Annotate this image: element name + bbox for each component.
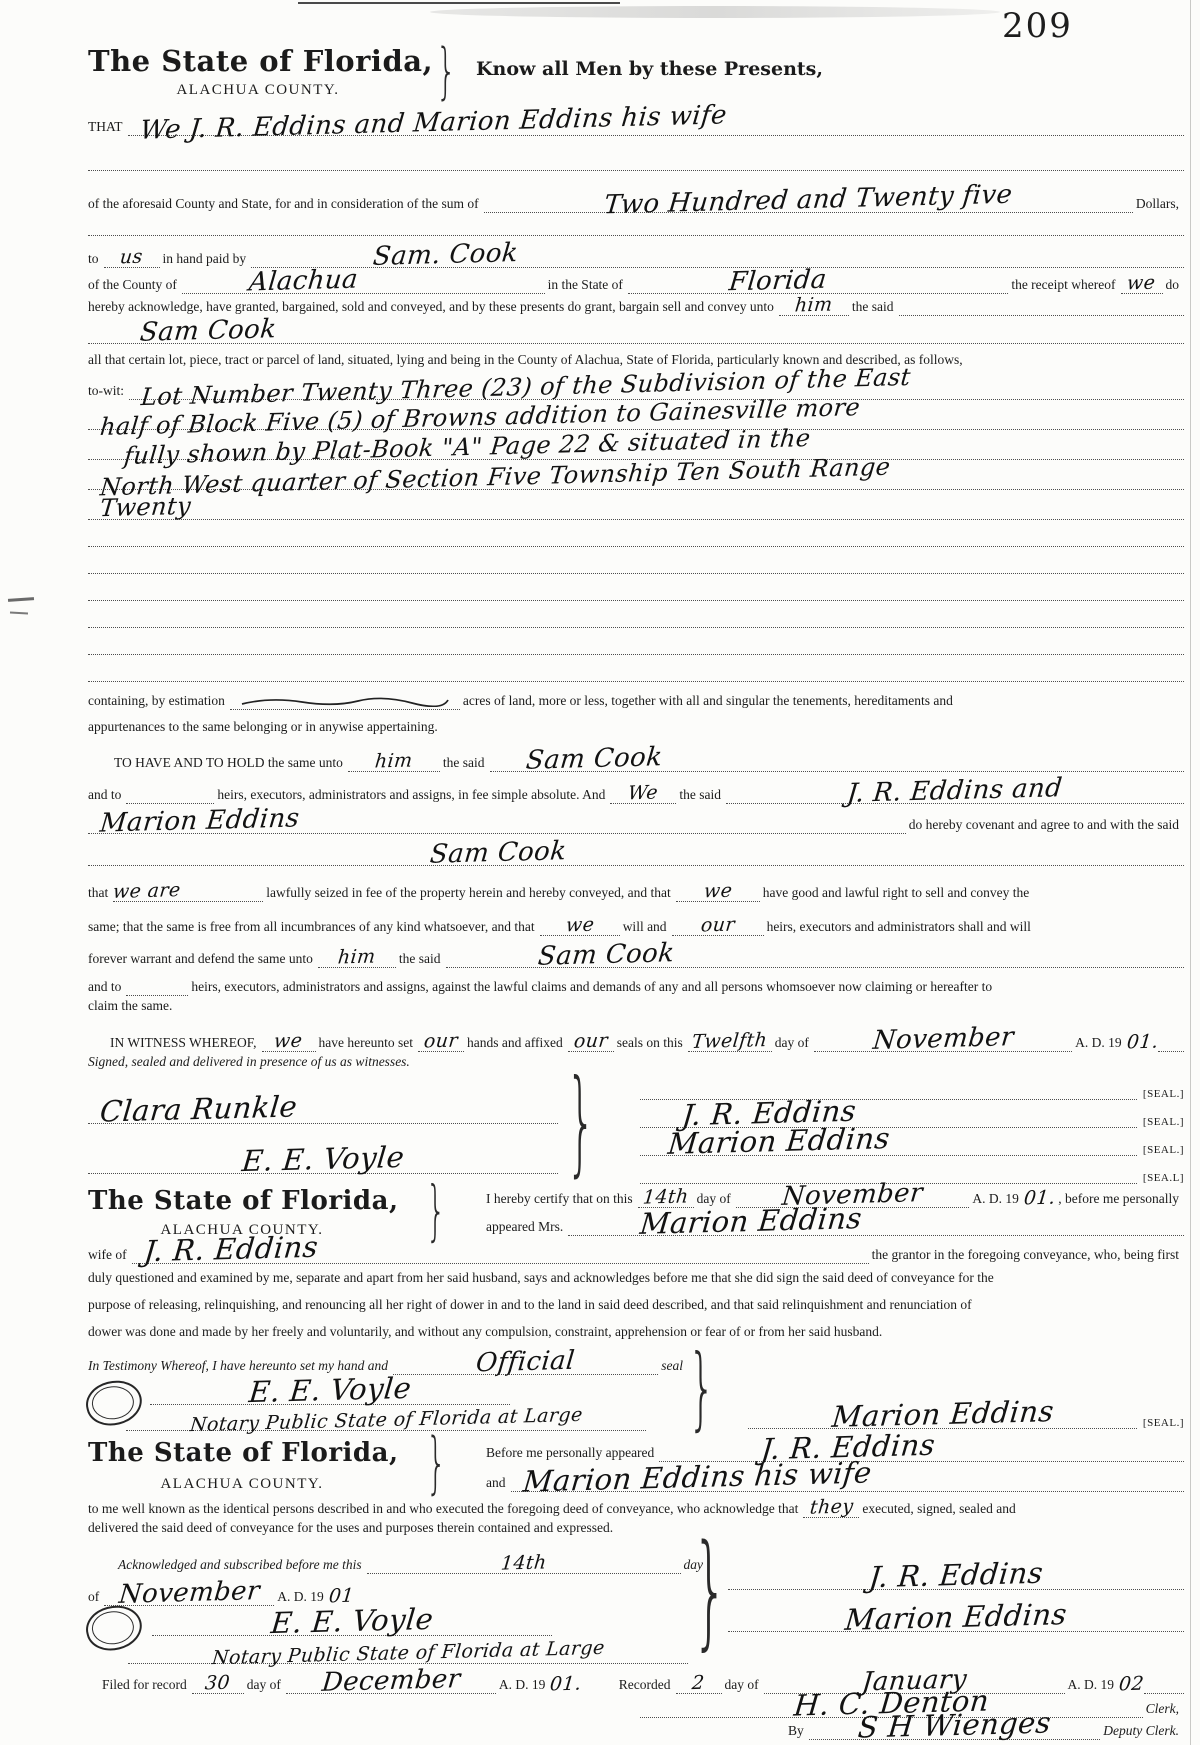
acknowledged-brace: } [692,1528,728,1652]
seal-label: [SEAL.] [1137,1088,1184,1100]
year-field: 01. [1127,1033,1158,1052]
seal-label: [SEAL.] [1137,1417,1184,1429]
acres-text: acres of land, more or less, together wi… [460,693,958,710]
grantee3-handwritten: Sam Cook [536,941,675,969]
claim-same-text: claim the same. [88,996,1184,1016]
blank-line [88,627,1184,628]
day-of-label: day of [772,1035,814,1052]
husband-signature: J. R. Eddins [142,1234,319,1266]
notary-signature: E. E. Voyle [270,1606,435,1638]
notary1-section: The State of Florida, ALACHUA COUNTY. } … [88,1180,1184,1433]
grantor-field: J. R. Eddins and [726,779,1184,804]
signer-field: Marion Eddins [748,1401,1137,1429]
witness-brace: } [566,1064,596,1178]
consideration-field: Two Hundred and Twenty five [484,188,1133,213]
notary2-section: The State of Florida, ALACHUA COUNTY. } … [88,1430,1184,1672]
filed-year-field: 01. [550,1675,581,1694]
we-handwritten: we [1126,274,1156,293]
witness-signature-line: E. E. Voyle [88,1124,558,1174]
appeared-field: Marion Eddins [568,1208,1184,1236]
month-handwritten: November [871,1025,1014,1053]
seal-label: [SEAL.] [1137,1116,1184,1128]
ack-date-line: of November A. D. 19 01 [88,1574,508,1606]
heirs-line: and to heirs, executors, administrators … [88,774,1184,804]
notary-signature-line: E. E. Voyle [152,1606,552,1636]
lawful-text: have good and lawful right to sell and c… [760,885,1035,902]
heirs2-text: heirs, executors and administrators shal… [764,919,1036,936]
ack-signer-line: Marion Eddins [728,1590,1184,1632]
and-to2-label: and to [88,979,126,996]
wife-of-line: wife of J. R. Eddins the grantor in the … [88,1238,1184,1264]
witness2-field: E. E. Voyle [88,1146,558,1174]
seals-on-label: seals on this [614,1035,688,1052]
day-handwritten: 14th [642,1187,689,1206]
receipt-field: we [1121,274,1163,294]
known-line: to me well known as the identical person… [88,1494,1184,1518]
premises-section: THAT We J. R. Eddins and Marion Eddins h… [88,108,1184,682]
grantee2-line: Sam Cook [88,834,1184,866]
scan-artifact-smudge [430,6,1000,18]
grantee-field: Sam Cook [490,747,1185,772]
dower-paragraph: purpose of releasing, relinquishing, and… [88,1291,1184,1318]
blank-line [88,654,1184,655]
seized-line: that we are lawfully seized in fee of th… [88,870,1184,902]
that-label: THAT [88,119,128,136]
consideration-handwritten: Two Hundred and Twenty five [603,183,1014,218]
notary1-signature-block: E. E. Voyle Notary Public State of Flori… [88,1375,1184,1433]
grantor2-handwritten: Marion Eddins [99,806,301,836]
him2-field: him [318,948,396,968]
grantee-line: Sam Cook [88,316,1184,344]
we3-field: we [540,916,620,936]
margin-mark [10,612,28,615]
county-of-label: of the County of [88,277,182,294]
we-handwritten: we [274,1032,304,1051]
clerk-label: Clerk, [1143,1701,1184,1718]
notary-signature-line: E. E. Voyle [150,1375,510,1405]
grantor2-field: Marion Eddins [88,809,906,834]
deputy-line: By S H Wienges Deputy Clerk. [788,1718,1184,1740]
ack-signer-column: J. R. Eddins Marion Eddins [728,1548,1184,1632]
blank-line [88,600,1184,601]
filed-day-field: 30 [192,1674,244,1694]
signer-seal-line: Marion Eddins [SEAL.] [748,1399,1184,1429]
witness1-signature: Clara Runkle [99,1093,299,1126]
heirs-text: heirs, executors, administrators and ass… [214,787,610,804]
we-field: we [262,1032,316,1052]
state-title: The State of Florida, [88,1186,399,1216]
seal-line: J. R. Eddins [SEAL.] [640,1100,1184,1128]
signature-block: Clara Runkle E. E. Voyle } [SEAL.] J. R.… [88,1074,1184,1186]
name2-signature: Marion Eddins his wife [521,1459,872,1496]
state-title: The State of Florida, [88,44,433,78]
us-handwritten: us [119,248,144,267]
our-handwritten: our [700,916,736,935]
description-intro: all that certain lot, piece, tract or pa… [88,350,1184,370]
and-label: and [486,1475,511,1492]
acknowledged-block: Acknowledged and subscribed before me th… [88,1544,1184,1672]
deputy-signature-field: S H Wienges [809,1712,1101,1740]
grantors-handwritten: We J. R. Eddins and Marion Eddins his wi… [138,103,727,143]
consideration-line: of the aforesaid County and State, for a… [88,185,1184,213]
acknowledge-text: hereby acknowledge, have granted, bargai… [88,299,779,316]
official-handwritten: Official [475,1349,576,1376]
and-field: We [610,784,676,804]
filed-label: Filed for record [102,1677,192,1694]
heirs-blank-field [126,803,214,804]
known-text: to me well known as the identical person… [88,1501,803,1518]
appeared-line: appeared Mrs. Marion Eddins [486,1208,1184,1236]
containing-label: containing, by estimation [88,693,230,710]
claims-blank-field [126,995,188,996]
before-label: Before me personally appeared [486,1445,659,1462]
executed-text: executed, signed, sealed and [859,1501,1020,1518]
grantors-field: We J. R. Eddins and Marion Eddins his wi… [128,111,1185,136]
ack-year-handwritten: 01 [328,1587,355,1606]
paid-by-label: in hand paid by [160,251,252,268]
official-field: Official [393,1350,658,1375]
seal-line: Marion Eddins [SEAL.] [640,1128,1184,1156]
ad-label: A. D. 19 [1072,1035,1127,1052]
we3-handwritten: we [565,916,595,935]
seal-line: [SEAL.] [640,1074,1184,1100]
ack-month-handwritten: November [118,1579,261,1607]
ad-label: A. D. 19 [496,1677,551,1694]
and-to-label: and to [88,787,126,804]
we2-field: we [676,882,760,902]
the-said-label: the said [440,755,490,772]
blank-line [88,170,1184,171]
month-field: November [814,1027,1072,1052]
county-handwritten: Alachua [248,268,359,296]
name1-field: J. R. Eddins [659,1434,1184,1462]
state-title: The State of Florida, [88,1438,399,1468]
free-text: same; that the same is free from all inc… [88,919,540,936]
grantee2-field: Sam Cook [88,841,1184,866]
by-label: By [788,1723,809,1740]
signer-column: [SEAL.] J. R. Eddins [SEAL.] Marion Eddi… [640,1074,1184,1184]
they-field: they [803,1498,859,1518]
grantor-text: the grantor in the foregoing conveyance,… [869,1247,1184,1264]
habendum-section: containing, by estimation acres of land,… [88,688,1184,1016]
in-witness-label: IN WITNESS WHEREOF, [88,1035,262,1052]
notary-title-field: Notary Public State of Florida at Large [128,1644,688,1664]
the-said-label: the said [396,951,446,968]
blank-line [88,573,1184,574]
covenant-line: Marion Eddins do hereby covenant and agr… [88,804,1184,834]
to-label: to [88,251,104,268]
grantee-handwritten: Sam Cook [139,317,278,345]
filed-day-handwritten: 30 [204,1674,231,1693]
notary-signature: E. E. Voyle [248,1375,413,1407]
seized-text: lawfully seized in fee of the property h… [263,885,675,902]
day-of-label: day of [244,1677,286,1694]
notary2-header: The State of Florida, ALACHUA COUNTY. } … [88,1430,1184,1494]
presents-heading: Know all Men by these Presents, [476,58,823,80]
incumbrance-line: same; that the same is free from all inc… [88,904,1184,936]
notary2-appeared-block: Before me personally appeared J. R. Eddi… [486,1430,1184,1492]
description-field: fully shown by Plat-Book "A" Page 22 & s… [88,436,1184,460]
appeared-label: appeared Mrs. [486,1219,568,1236]
him2-handwritten: him [337,947,376,966]
notary2-brace: } [426,1430,446,1497]
receipt-label: the receipt whereof [1008,277,1120,294]
him-handwritten: him [794,295,833,314]
description-line: to-wit: Lot Number Twenty Three (23) of … [88,370,1184,400]
and-line: and Marion Eddins his wife [486,1462,1184,1492]
ack-signer-line: J. R. Eddins [728,1548,1184,1590]
the-said-label: the said [676,787,726,804]
do-label: do [1163,277,1185,294]
state-of-label: in the State of [545,277,628,294]
day-field: Twelfth [688,1032,772,1052]
wife-of-label: wife of [88,1247,132,1264]
deed-record-page: 209 The State of Florida, ALACHUA COUNTY… [0,0,1200,1745]
warrant-line: forever warrant and defend the same unto… [88,936,1184,968]
filed-month-field: December [286,1669,496,1694]
trailing-fill [1158,1051,1184,1052]
in-witness-line: IN WITNESS WHEREOF, we have hereunto set… [88,1020,1184,1052]
appeared-signature: Marion Eddins [639,1205,863,1238]
county-name: ALACHUA COUNTY. [102,1476,382,1493]
testimony-brace: } [688,1343,715,1433]
deputy-signature: S H Wienges [857,1709,1053,1742]
strikethrough-scribble [240,695,450,707]
notary-title-line: Notary Public State of Florida at Large [128,1636,688,1664]
payer-handwritten: Sam. Cook [372,241,519,270]
covenant-text: do hereby covenant and agree to and with… [906,817,1184,834]
year-handwritten: 01. [1023,1189,1056,1208]
ad-label: A. D. 19 [274,1589,329,1606]
seal-label: [SEAL.] [1137,1144,1184,1156]
signer2-signature: Marion Eddins [667,1125,891,1158]
acknowledged-text: Acknowledged and subscribed before me th… [118,1557,367,1574]
notary-signature-field: E. E. Voyle [150,1377,510,1405]
grantee-handwritten: Sam Cook [524,745,663,773]
notary-title-line: Notary Public State of Florida at Large [126,1405,646,1431]
signer1-signature: J. R. Eddins [868,1560,1045,1592]
paid-by-line: to us in hand paid by Sam. Cook [88,242,1184,268]
to-wit-label: to-wit: [88,383,129,400]
him-handwritten: him [374,751,413,770]
we-handwritten: We [628,784,660,803]
grantee3-field: Sam Cook [446,943,1184,968]
our2-handwritten: our [573,1032,609,1051]
containing-line: containing, by estimation acres of land,… [88,688,1184,710]
dollars-label: Dollars, [1133,196,1184,213]
county-state-line: of the County of Alachua in the State of… [88,268,1184,294]
signer2-signature: Marion Eddins [844,1601,1068,1634]
day-handwritten: Twelfth [691,1031,768,1051]
delivered-text: delivered the said deed of conveyance fo… [88,1518,1184,1538]
notary1-brace: } [426,1178,446,1243]
to-whom-field: us [104,248,160,268]
filed-year-handwritten: 01. [549,1675,582,1694]
attestation-text: Signed, sealed and delivered in presence… [88,1054,1184,1074]
notary1-certify-block: I hereby certify that on this 14th day o… [486,1180,1184,1236]
witness-column: Clara Runkle E. E. Voyle [88,1074,558,1174]
payer-field: Sam. Cook [251,243,1184,268]
witness-signature-line: Clara Runkle [88,1074,558,1124]
we-are-field: we are [113,882,263,902]
husband-field: J. R. Eddins [132,1236,869,1264]
ack-month-field: November [104,1581,274,1606]
will-and-label: will and [620,919,672,936]
signature-field: Marion Eddins [640,1128,1137,1156]
signer-signature: Marion Eddins [830,1398,1054,1431]
trailing-fill [1144,1693,1184,1694]
page-number: 209 [1002,6,1073,46]
margin-mark [8,597,34,602]
set-label: have hereunto set [316,1035,418,1052]
before-me-text: , before me personally [1055,1191,1184,1208]
description-field: Twenty [88,496,1184,520]
that-label: that [88,885,113,902]
blank-line [88,546,1184,547]
notary-signature-field: E. E. Voyle [152,1608,552,1636]
deed-header: The State of Florida, ALACHUA COUNTY. } … [88,44,1184,106]
claims-text: heirs, executors, administrators and ass… [188,979,997,996]
unto-field: him [779,296,849,316]
state-field: Florida [628,269,1008,294]
description-field: North West quarter of Section Five Towns… [88,466,1184,490]
description-handwritten: Twenty [99,495,192,520]
warrant-label: forever warrant and defend the same unto [88,951,318,968]
we2-handwritten: we [703,882,733,901]
dower-paragraph: dower was done and made by her freely an… [88,1318,1184,1345]
signer2-field: Marion Eddins [728,1604,1184,1632]
seal-word: seal [658,1358,688,1375]
grantee2-handwritten: Sam Cook [429,839,568,867]
page-edge-line [1190,0,1191,1745]
we-are-handwritten: we are [112,881,181,901]
unto-field: him [348,752,440,772]
to-have-line: TO HAVE AND TO HOLD the same unto him th… [88,742,1184,772]
county-name: ALACHUA COUNTY. [108,82,408,99]
header-brace: } [436,40,456,101]
acreage-field [230,693,460,710]
blank-line [88,235,1184,236]
hands-label: hands and affixed [464,1035,568,1052]
notary-title-field: Notary Public State of Florida at Large [126,1411,646,1431]
ad-label: A. D. 19 [969,1191,1024,1208]
our2-field: our [568,1032,614,1052]
notary-title-handwritten: Notary Public State of Florida at Large [211,1639,605,1667]
grantor-handwritten: J. R. Eddins and [846,776,1064,806]
recording-section: Filed for record 30 day of December A. D… [88,1668,1184,1740]
our1-handwritten: our [423,1032,459,1051]
county-field: Alachua [182,269,545,294]
description-field: half of Block Five (5) of Browns additio… [88,406,1184,430]
filed-month-handwritten: December [320,1667,461,1695]
state-handwritten: Florida [728,268,828,295]
year-handwritten: 01. [1126,1033,1159,1052]
dower-paragraph: duly questioned and examined by me, sepa… [88,1264,1184,1291]
witness-section: IN WITNESS WHEREOF, we have hereunto set… [88,1020,1184,1186]
year-field: 01. [1024,1189,1055,1208]
notary1-header: The State of Florida, ALACHUA COUNTY. } … [88,1180,1184,1238]
ack-day-field: 14th [367,1554,681,1574]
claims-line: and to heirs, executors, administrators … [88,974,1184,996]
blank-line [88,681,1184,682]
consideration-label: of the aforesaid County and State, for a… [88,196,484,213]
name2-field: Marion Eddins his wife [511,1464,1185,1492]
of-label: of [88,1589,104,1606]
signer1-field: J. R. Eddins [728,1562,1184,1590]
to-have-label: TO HAVE AND TO HOLD the same unto [88,755,348,772]
they-handwritten: they [809,1497,854,1516]
witness2-signature: E. E. Voyle [241,1144,406,1176]
scan-artifact-top-line [298,2,620,4]
the-said-label: the said [849,299,899,316]
grantee-field: Sam Cook [88,319,1184,344]
our1-field: our [418,1032,464,1052]
description-field: Lot Number Twenty Three (23) of the Subd… [129,376,1184,400]
certify-text: I hereby certify that on this [486,1191,638,1208]
witness1-field: Clara Runkle [88,1096,558,1124]
grantors-line: THAT We J. R. Eddins and Marion Eddins h… [88,108,1184,136]
deputy-clerk-label: Deputy Clerk. [1100,1723,1184,1740]
ack-day-handwritten: 14th [500,1553,547,1572]
acknowledged-line: Acknowledged and subscribed before me th… [118,1544,708,1574]
trailing-fill [899,315,1184,316]
our-field: our [672,916,764,936]
appurtenances-text: appurtenances to the same belonging or i… [88,716,1184,738]
